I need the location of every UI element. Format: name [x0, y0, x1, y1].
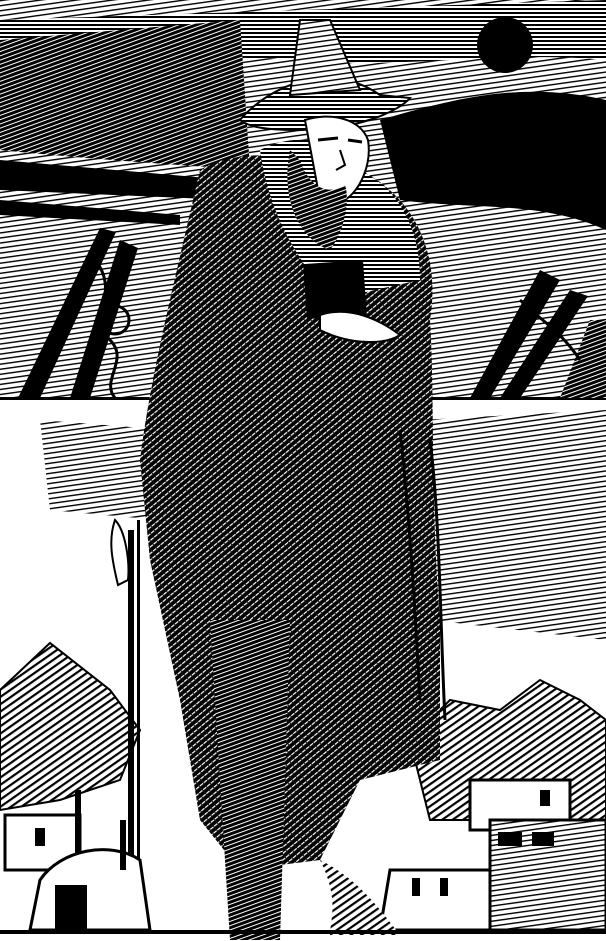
- illustration: [0, 0, 606, 941]
- walking-staff: [128, 520, 140, 860]
- book: [303, 260, 367, 319]
- ground-line: [0, 930, 606, 934]
